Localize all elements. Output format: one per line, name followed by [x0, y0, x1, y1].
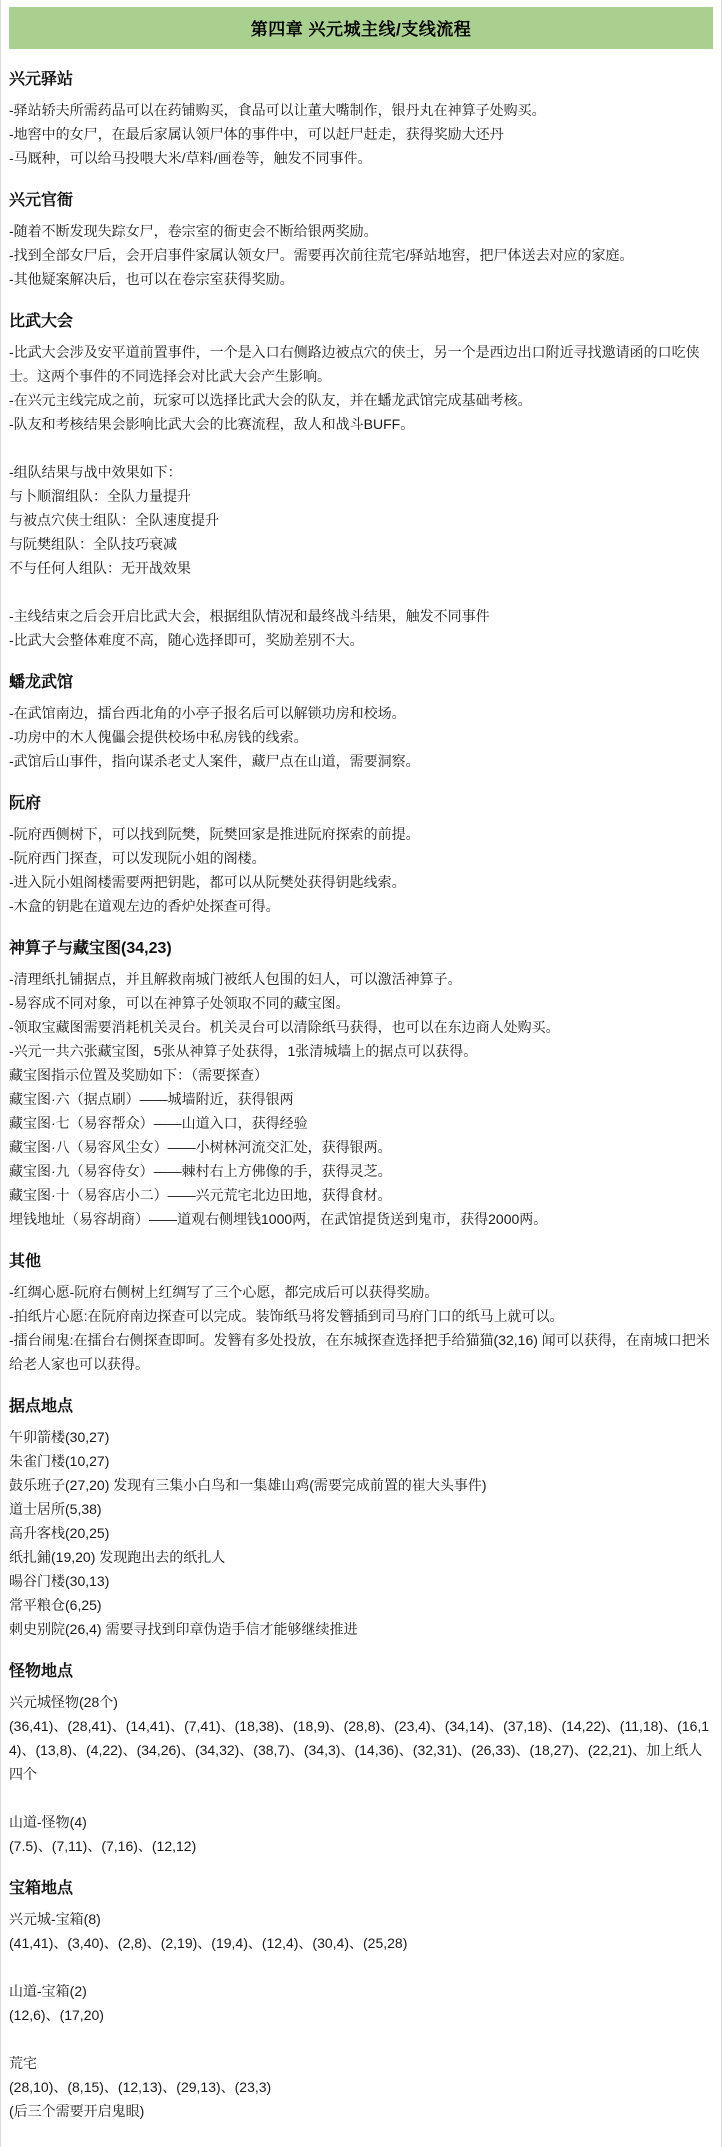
- blank-line: [9, 2027, 713, 2051]
- text-line: (12,6)、(17,20): [9, 2003, 713, 2027]
- text-line: -清理纸扎铺据点，并且解救南城门被纸人包围的妇人，可以激活神算子。: [9, 967, 713, 991]
- section-heading: 阮府: [9, 793, 713, 815]
- text-line: -组队结果与战中效果如下：: [9, 460, 713, 484]
- text-line: 兴元城-宝箱(8): [9, 1907, 713, 1931]
- text-line: -地窖中的女尸，在最后家属认领尸体的事件中，可以赶尸赶走，获得奖励大还丹: [9, 122, 713, 146]
- section-heading: 神算子与藏宝图(34,23): [9, 938, 713, 960]
- text-line: 藏宝图·九（易容侍女）——棘村右上方佛像的手，获得灵芝。: [9, 1159, 713, 1183]
- blank-line: [9, 1786, 713, 1810]
- text-line: 不与任何人组队：无开战效果: [9, 556, 713, 580]
- text-line: 与阮樊组队：全队技巧衰减: [9, 532, 713, 556]
- text-line: 道士居所(5,38): [9, 1497, 713, 1521]
- text-line: -领取宝藏图需要消耗机关灵台。机关灵台可以清除纸马获得，也可以在东边商人处购买。: [9, 1015, 713, 1039]
- text-line: 高升客栈(20,25): [9, 1521, 713, 1545]
- text-line: 藏宝图·六（据点刷）——城墙附近，获得银两: [9, 1087, 713, 1111]
- chapter-header: 第四章 兴元城主线/支线流程: [9, 7, 713, 49]
- blank-line: [9, 436, 713, 460]
- text-line: -木盒的钥匙在道观左边的香炉处探查可得。: [9, 894, 713, 918]
- text-line: -武馆后山事件，指向谋杀老丈人案件，藏尸点在山道，需要洞察。: [9, 749, 713, 773]
- text-line: -主线结束之后会开启比武大会，根据组队情况和最终战斗结果，触发不同事件: [9, 604, 713, 628]
- blank-line: [9, 1955, 713, 1979]
- text-line: (41,41)、(3,40)、(2,8)、(2,19)、(19,4)、(12,4…: [9, 1931, 713, 1955]
- text-line: -比武大会整体难度不高，随心选择即可，奖励差别不大。: [9, 628, 713, 652]
- section-heading: 宝箱地点: [9, 1878, 713, 1900]
- section-heading: 蟠龙武馆: [9, 672, 713, 694]
- text-line: -其他疑案解决后，也可以在卷宗室获得奖励。: [9, 267, 713, 291]
- text-line: -红绸心愿-阮府右侧树上红绸写了三个心愿，都完成后可以获得奖励。: [9, 1280, 713, 1304]
- text-line: -比武大会涉及安平道前置事件，一个是入口右侧路边被点穴的侠士，另一个是西边出口附…: [9, 340, 713, 388]
- text-line: 与被点穴侠士组队：全队速度提升: [9, 508, 713, 532]
- text-line: 暘谷门楼(30,13): [9, 1569, 713, 1593]
- text-line: -队友和考核结果会影响比武大会的比赛流程，敌人和战斗BUFF。: [9, 412, 713, 436]
- section-heading: 比武大会: [9, 311, 713, 333]
- text-line: -驿站轿夫所需药品可以在药铺购买，食品可以让董大嘴制作，银丹丸在神算子处购买。: [9, 98, 713, 122]
- text-line: (7.5)、(7,11)、(7,16)、(12,12): [9, 1834, 713, 1858]
- section-heading: 兴元驿站: [9, 69, 713, 91]
- document-body: 兴元驿站-驿站轿夫所需药品可以在药铺购买，食品可以让董大嘴制作，银丹丸在神算子处…: [9, 69, 713, 2123]
- text-line: 埋钱地址（易容胡商）——道观右侧埋钱1000两，在武馆提货送到鬼市，获得2000…: [9, 1207, 713, 1231]
- text-line: 与卜顺溜组队：全队力量提升: [9, 484, 713, 508]
- document-page: 第四章 兴元城主线/支线流程 兴元驿站-驿站轿夫所需药品可以在药铺购买，食品可以…: [0, 0, 722, 2147]
- text-line: (36,41)、(28,41)、(14,41)、(7,41)、(18,38)、(…: [9, 1714, 713, 1786]
- text-line: -找到全部女尸后，会开启事件家属认领女尸。需要再次前往荒宅/驿站地窖，把尸体送去…: [9, 243, 713, 267]
- text-line: 朱雀门楼(10,27): [9, 1449, 713, 1473]
- text-line: 常平粮仓(6,25): [9, 1593, 713, 1617]
- text-line: -兴元一共六张藏宝图，5张从神算子处获得，1张清城墙上的据点可以获得。: [9, 1039, 713, 1063]
- text-line: 午卯箭楼(30,27): [9, 1425, 713, 1449]
- text-line: -拍纸片心愿:在阮府南边探查可以完成。装饰纸马将发簪插到司马府门口的纸马上就可以…: [9, 1304, 713, 1328]
- chapter-title: 第四章 兴元城主线/支线流程: [251, 20, 471, 39]
- text-line: -在兴元主线完成之前，玩家可以选择比武大会的队友，并在蟠龙武馆完成基础考核。: [9, 388, 713, 412]
- text-line: (后三个需要开启鬼眼): [9, 2099, 713, 2123]
- section-heading: 其他: [9, 1251, 713, 1273]
- text-line: 藏宝图·七（易容帮众）——山道入口，获得经验: [9, 1111, 713, 1135]
- text-line: -功房中的木人傀儡会提供校场中私房钱的线索。: [9, 725, 713, 749]
- text-line: 鼓乐班子(27,20) 发现有三集小白鸟和一集雄山鸡(需要完成前置的崔大头事件): [9, 1473, 713, 1497]
- section-heading: 兴元官衙: [9, 190, 713, 212]
- text-line: 山道-怪物(4): [9, 1810, 713, 1834]
- text-line: 山道-宝箱(2): [9, 1979, 713, 2003]
- text-line: 藏宝图指示位置及奖励如下：（需要探查）: [9, 1063, 713, 1087]
- blank-line: [9, 580, 713, 604]
- text-line: 兴元城怪物(28个): [9, 1690, 713, 1714]
- text-line: 荒宅: [9, 2051, 713, 2075]
- text-line: -马厩种，可以给马投喂大米/草料/画卷等，触发不同事件。: [9, 146, 713, 170]
- section-heading: 据点地点: [9, 1396, 713, 1418]
- text-line: 藏宝图·八（易容风尘女）——小树林河流交汇处，获得银两。: [9, 1135, 713, 1159]
- text-line: 藏宝图·十（易容店小二）——兴元荒宅北边田地，获得食材。: [9, 1183, 713, 1207]
- text-line: -随着不断发现失踪女尸，卷宗室的衙吏会不断给银两奖励。: [9, 219, 713, 243]
- text-line: -阮府西侧树下，可以找到阮樊，阮樊回家是推进阮府探索的前提。: [9, 822, 713, 846]
- text-line: -进入阮小姐阁楼需要两把钥匙，都可以从阮樊处获得钥匙线索。: [9, 870, 713, 894]
- text-line: 纸扎鋪(19,20) 发现跑出去的纸扎人: [9, 1545, 713, 1569]
- text-line: -在武馆南边，擂台西北角的小亭子报名后可以解锁功房和校场。: [9, 701, 713, 725]
- text-line: -阮府西门探查，可以发现阮小姐的阁楼。: [9, 846, 713, 870]
- text-line: 刺史别院(26,4) 需要寻找到印章伪造手信才能够继续推进: [9, 1617, 713, 1641]
- text-line: (28,10)、(8,15)、(12,13)、(29,13)、(23,3): [9, 2075, 713, 2099]
- text-line: -擂台闹鬼:在擂台右侧探查即呵。发簪有多处投放，在东城探查选择把手给猫猫(32,…: [9, 1328, 713, 1376]
- text-line: -易容成不同对象，可以在神算子处领取不同的藏宝图。: [9, 991, 713, 1015]
- section-heading: 怪物地点: [9, 1661, 713, 1683]
